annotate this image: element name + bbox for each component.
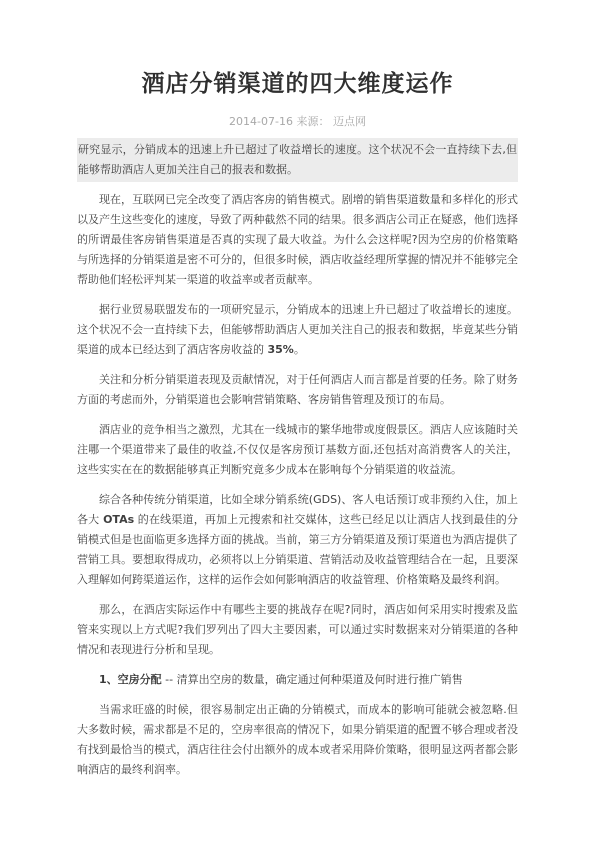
publish-date: 2014-07-16 [229,115,293,128]
lead-paragraph-highlighted: 研究显示，分销成本的迅速上升已超过了收益增长的速度。这个状况不会一直持续下去,但… [77,138,518,182]
article-meta: 2014-07-16 来源： 迈点网 [77,115,518,129]
source-label: 来源： [296,115,329,128]
document-page: 酒店分销渠道的四大维度运作 2014-07-16 来源： 迈点网 研究显示，分销… [0,0,595,842]
source-name: 迈点网 [333,115,366,128]
paragraph-industry-research: 据行业贸易联盟发布的一项研究显示，分销成本的迅速上升已超过了收益增长的速度。这个… [77,300,518,360]
article-content: 酒店分销渠道的四大维度运作 2014-07-16 来源： 迈点网 研究显示，分销… [77,0,518,780]
article-body: 研究显示，分销成本的迅速上升已超过了收益增长的速度。这个状况不会一直持续下去,但… [77,138,518,780]
paragraph-internet-changed-sales: 现在，互联网已完全改变了酒店客房的销售模式。剧增的销售渠道数量和多样化的形式以及… [77,190,518,290]
section-heading-room-allocation: 1、空房分配 -- 清算出空房的数量，确定通过何种渠道及何时进行推广销售 [77,670,518,690]
paragraph-demand-and-cost: 当需求旺盛的时候，很容易制定出正确的分销模式，而成本的影响可能就会被忽略.但大多… [77,700,518,780]
paragraph-four-factors-intro: 那么，在酒店实际运作中有哪些主要的挑战存在呢?同时，酒店如何采用实时搜索及监管来… [77,600,518,660]
page-title: 酒店分销渠道的四大维度运作 [77,68,518,100]
paragraph-channel-analysis-task: 关注和分析分销渠道表现及贡献情况，对于任何酒店人而言都是首要的任务。除了财务方面… [77,370,518,410]
paragraph-hotel-competition: 酒店业的竞争相当之激烈，尤其在一线城市的繁华地带或度假景区。酒店人应该随时关注哪… [77,420,518,480]
paragraph-traditional-channels: 综合各种传统分销渠道，比如全球分销系统(GDS)、客人电话预订或非预约入住，加上… [77,490,518,590]
